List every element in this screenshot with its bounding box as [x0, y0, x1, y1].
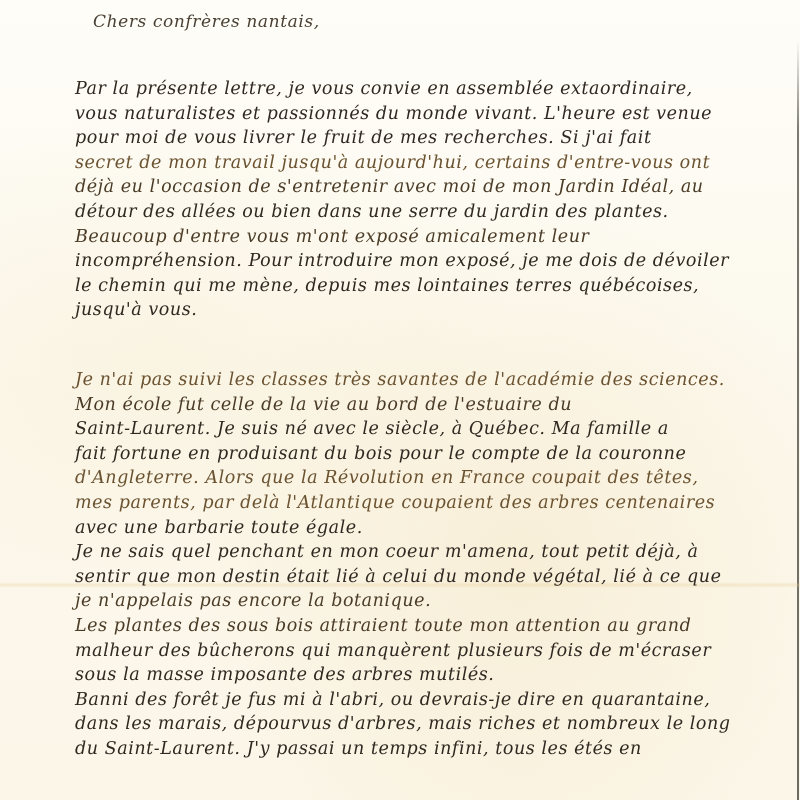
letter-line: Beaucoup d'entre vous m'ont exposé amica… [75, 225, 729, 250]
letter-line: d'Angleterre. Alors que la Révolution en… [75, 466, 731, 491]
letter-line: malheur des bûcherons qui manquèrent plu… [75, 639, 731, 664]
letter-line: détour des allées ou bien dans une serre… [75, 200, 729, 225]
letter-line: incompréhension. Pour introduire mon exp… [75, 249, 729, 274]
letter-line: Les plantes des sous bois attiraient tou… [75, 614, 731, 639]
letter-line: pour moi de vous livrer le fruit de mes … [75, 126, 729, 151]
letter-line: le chemin qui me mène, depuis mes lointa… [75, 274, 729, 299]
page-edge-line [797, 40, 799, 800]
salutation: Chers confrères nantais, [93, 12, 320, 32]
letter-line: Je ne sais quel penchant en mon coeur m'… [75, 540, 731, 565]
letter-line: Mon école fut celle de la vie au bord de… [75, 393, 731, 418]
letter-line: Par la présente lettre, je vous convie e… [75, 77, 729, 102]
letter-line: Je n'ai pas suivi les classes très savan… [75, 368, 731, 393]
letter-line: déjà eu l'occasion de s'entretenir avec … [75, 175, 729, 200]
letter-line: sous la masse imposante des arbres mutil… [75, 663, 731, 688]
letter-line: du Saint-Laurent. J'y passai un temps in… [75, 737, 731, 762]
letter-page: Chers confrères nantais, Par la présente… [0, 0, 800, 800]
letter-line: Banni des forêt je fus mi à l'abri, ou d… [75, 688, 731, 713]
letter-line: secret de mon travail jusqu'à aujourd'hu… [75, 151, 729, 176]
letter-line: sentir que mon destin était lié à celui … [75, 565, 731, 590]
letter-line: jusqu'à vous. [75, 298, 729, 323]
letter-line: mes parents, par delà l'Atlantique coupa… [75, 491, 731, 516]
paragraph-2: Je n'ai pas suivi les classes très savan… [75, 368, 731, 762]
letter-line: fait fortune en produisant du bois pour … [75, 442, 731, 467]
letter-line: je n'appelais pas encore la botanique. [75, 589, 731, 614]
letter-line: Saint-Laurent. Je suis né avec le siècle… [75, 417, 731, 442]
letter-line: vous naturalistes et passionnés du monde… [75, 102, 729, 127]
letter-line: avec une barbarie toute égale. [75, 516, 731, 541]
letter-line: dans les marais, dépourvus d'arbres, mai… [75, 712, 731, 737]
paragraph-1: Par la présente lettre, je vous convie e… [75, 77, 729, 323]
